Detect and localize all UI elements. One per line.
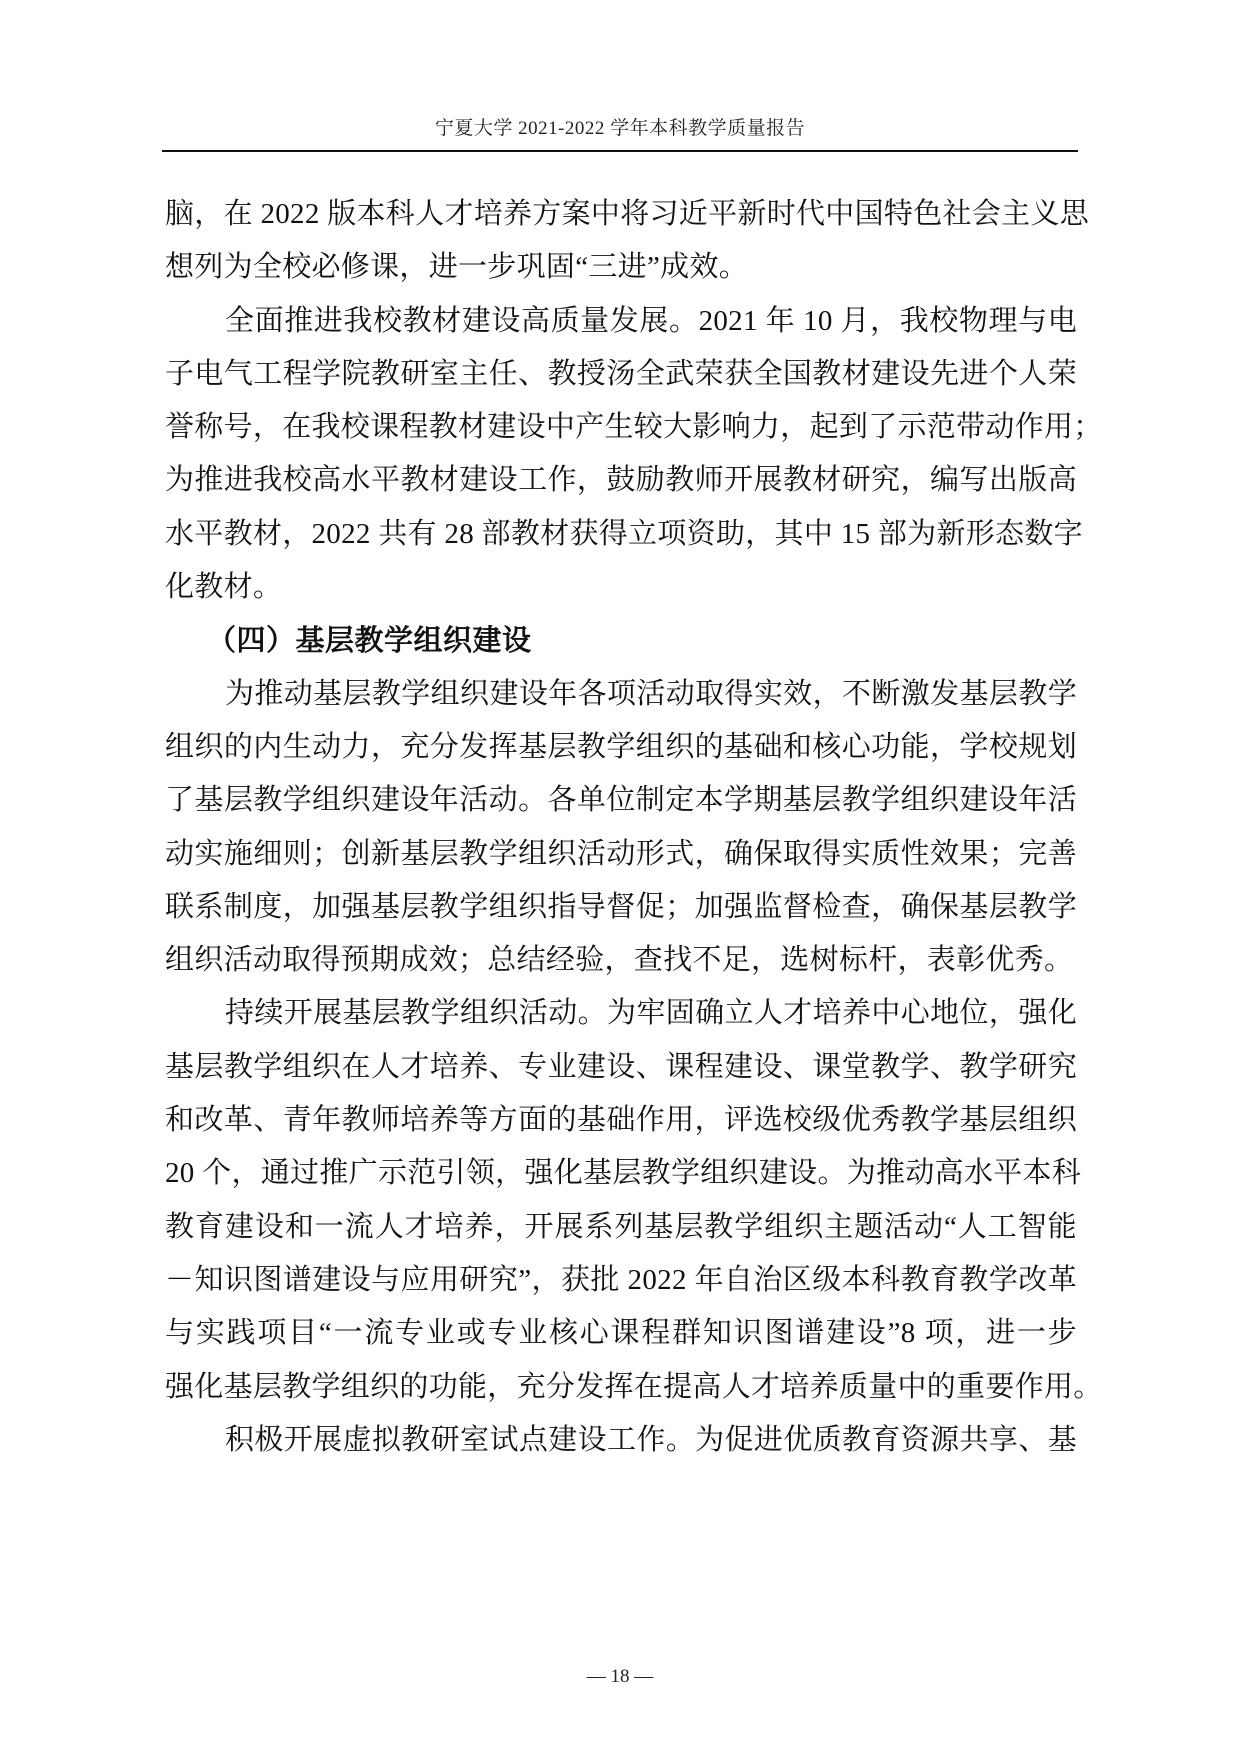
text-line: 20 个，通过推广示范引领，强化基层教学组织建设。为推动高水平本科 — [165, 1147, 1077, 1200]
paragraph-textbook-construction: 全面推进我校教材建设高质量发展。2021 年 10 月，我校物理与电 子电气工程… — [165, 295, 1077, 615]
text-line: 水平教材，2022 共有 28 部教材获得立项资助，其中 15 部为新形态数字 — [165, 508, 1077, 561]
text-line: 想列为全校必修课，进一步巩固“三进”成效。 — [165, 241, 1077, 294]
text-line: 组织的内生动力，充分发挥基层教学组织的基础和核心功能，学校规划 — [165, 721, 1077, 774]
text-line: 教育建设和一流人才培养，开展系列基层教学组织主题活动“人工智能 — [165, 1201, 1077, 1254]
text-line: 化教材。 — [165, 561, 1077, 614]
text-line: 和改革、青年教师培养等方面的基础作用，评选校级优秀教学基层组织 — [165, 1094, 1077, 1147]
text-line: 了基层教学组织建设年活动。各单位制定本学期基层教学组织建设年活 — [165, 774, 1077, 827]
text-line: 子电气工程学院教研室主任、教授汤全武荣获全国教材建设先进个人荣 — [165, 348, 1077, 401]
text-line: 动实施细则；创新基层教学组织活动形式，确保取得实质性效果；完善 — [165, 828, 1077, 881]
text-line: 持续开展基层教学组织活动。为牢固确立人才培养中心地位，强化 — [165, 987, 1077, 1040]
page-number: — 18 — — [0, 1666, 1240, 1688]
page-header: 宁夏大学 2021-2022 学年本科教学质量报告 — [162, 118, 1078, 140]
text-line: 脑，在 2022 版本科人才培养方案中将习近平新时代中国特色社会主义思 — [165, 188, 1077, 241]
paragraph-virtual-teaching-office: 积极开展虚拟教研室试点建设工作。为促进优质教育资源共享、基 — [165, 1414, 1077, 1467]
section-heading: （四）基层教学组织建设 — [165, 614, 1077, 667]
paragraph-continuation: 脑，在 2022 版本科人才培养方案中将习近平新时代中国特色社会主义思 想列为全… — [165, 188, 1077, 295]
text-line: －知识图谱建设与应用研究”，获批 2022 年自治区级本科教育教学改革 — [165, 1254, 1077, 1307]
header-rule — [162, 150, 1078, 152]
text-line: 组织活动取得预期成效；总结经验，查找不足，选树标杆，表彰优秀。 — [165, 934, 1077, 987]
document-body: 脑，在 2022 版本科人才培养方案中将习近平新时代中国特色社会主义思 想列为全… — [165, 188, 1077, 1467]
text-line: 基层教学组织在人才培养、专业建设、课程建设、课堂教学、教学研究 — [165, 1041, 1077, 1094]
text-line: 联系制度，加强基层教学组织指导督促；加强监督检查，确保基层教学 — [165, 881, 1077, 934]
paragraph-org-activities: 持续开展基层教学组织活动。为牢固确立人才培养中心地位，强化 基层教学组织在人才培… — [165, 987, 1077, 1413]
text-line: 与实践项目“一流专业或专业核心课程群知识图谱建设”8 项，进一步 — [165, 1307, 1077, 1360]
paragraph-org-building-year: 为推动基层教学组织建设年各项活动取得实效，不断激发基层教学 组织的内生动力，充分… — [165, 668, 1077, 988]
text-line: 誉称号，在我校课程教材建设中产生较大影响力，起到了示范带动作用； — [165, 401, 1077, 454]
text-line: 为推动基层教学组织建设年各项活动取得实效，不断激发基层教学 — [165, 668, 1077, 721]
text-line: 全面推进我校教材建设高质量发展。2021 年 10 月，我校物理与电 — [165, 295, 1077, 348]
text-line: 强化基层教学组织的功能，充分发挥在提高人才培养质量中的重要作用。 — [165, 1361, 1077, 1414]
text-line: 积极开展虚拟教研室试点建设工作。为促进优质教育资源共享、基 — [165, 1414, 1077, 1467]
text-line: 为推进我校高水平教材建设工作，鼓励教师开展教材研究，编写出版高 — [165, 454, 1077, 507]
